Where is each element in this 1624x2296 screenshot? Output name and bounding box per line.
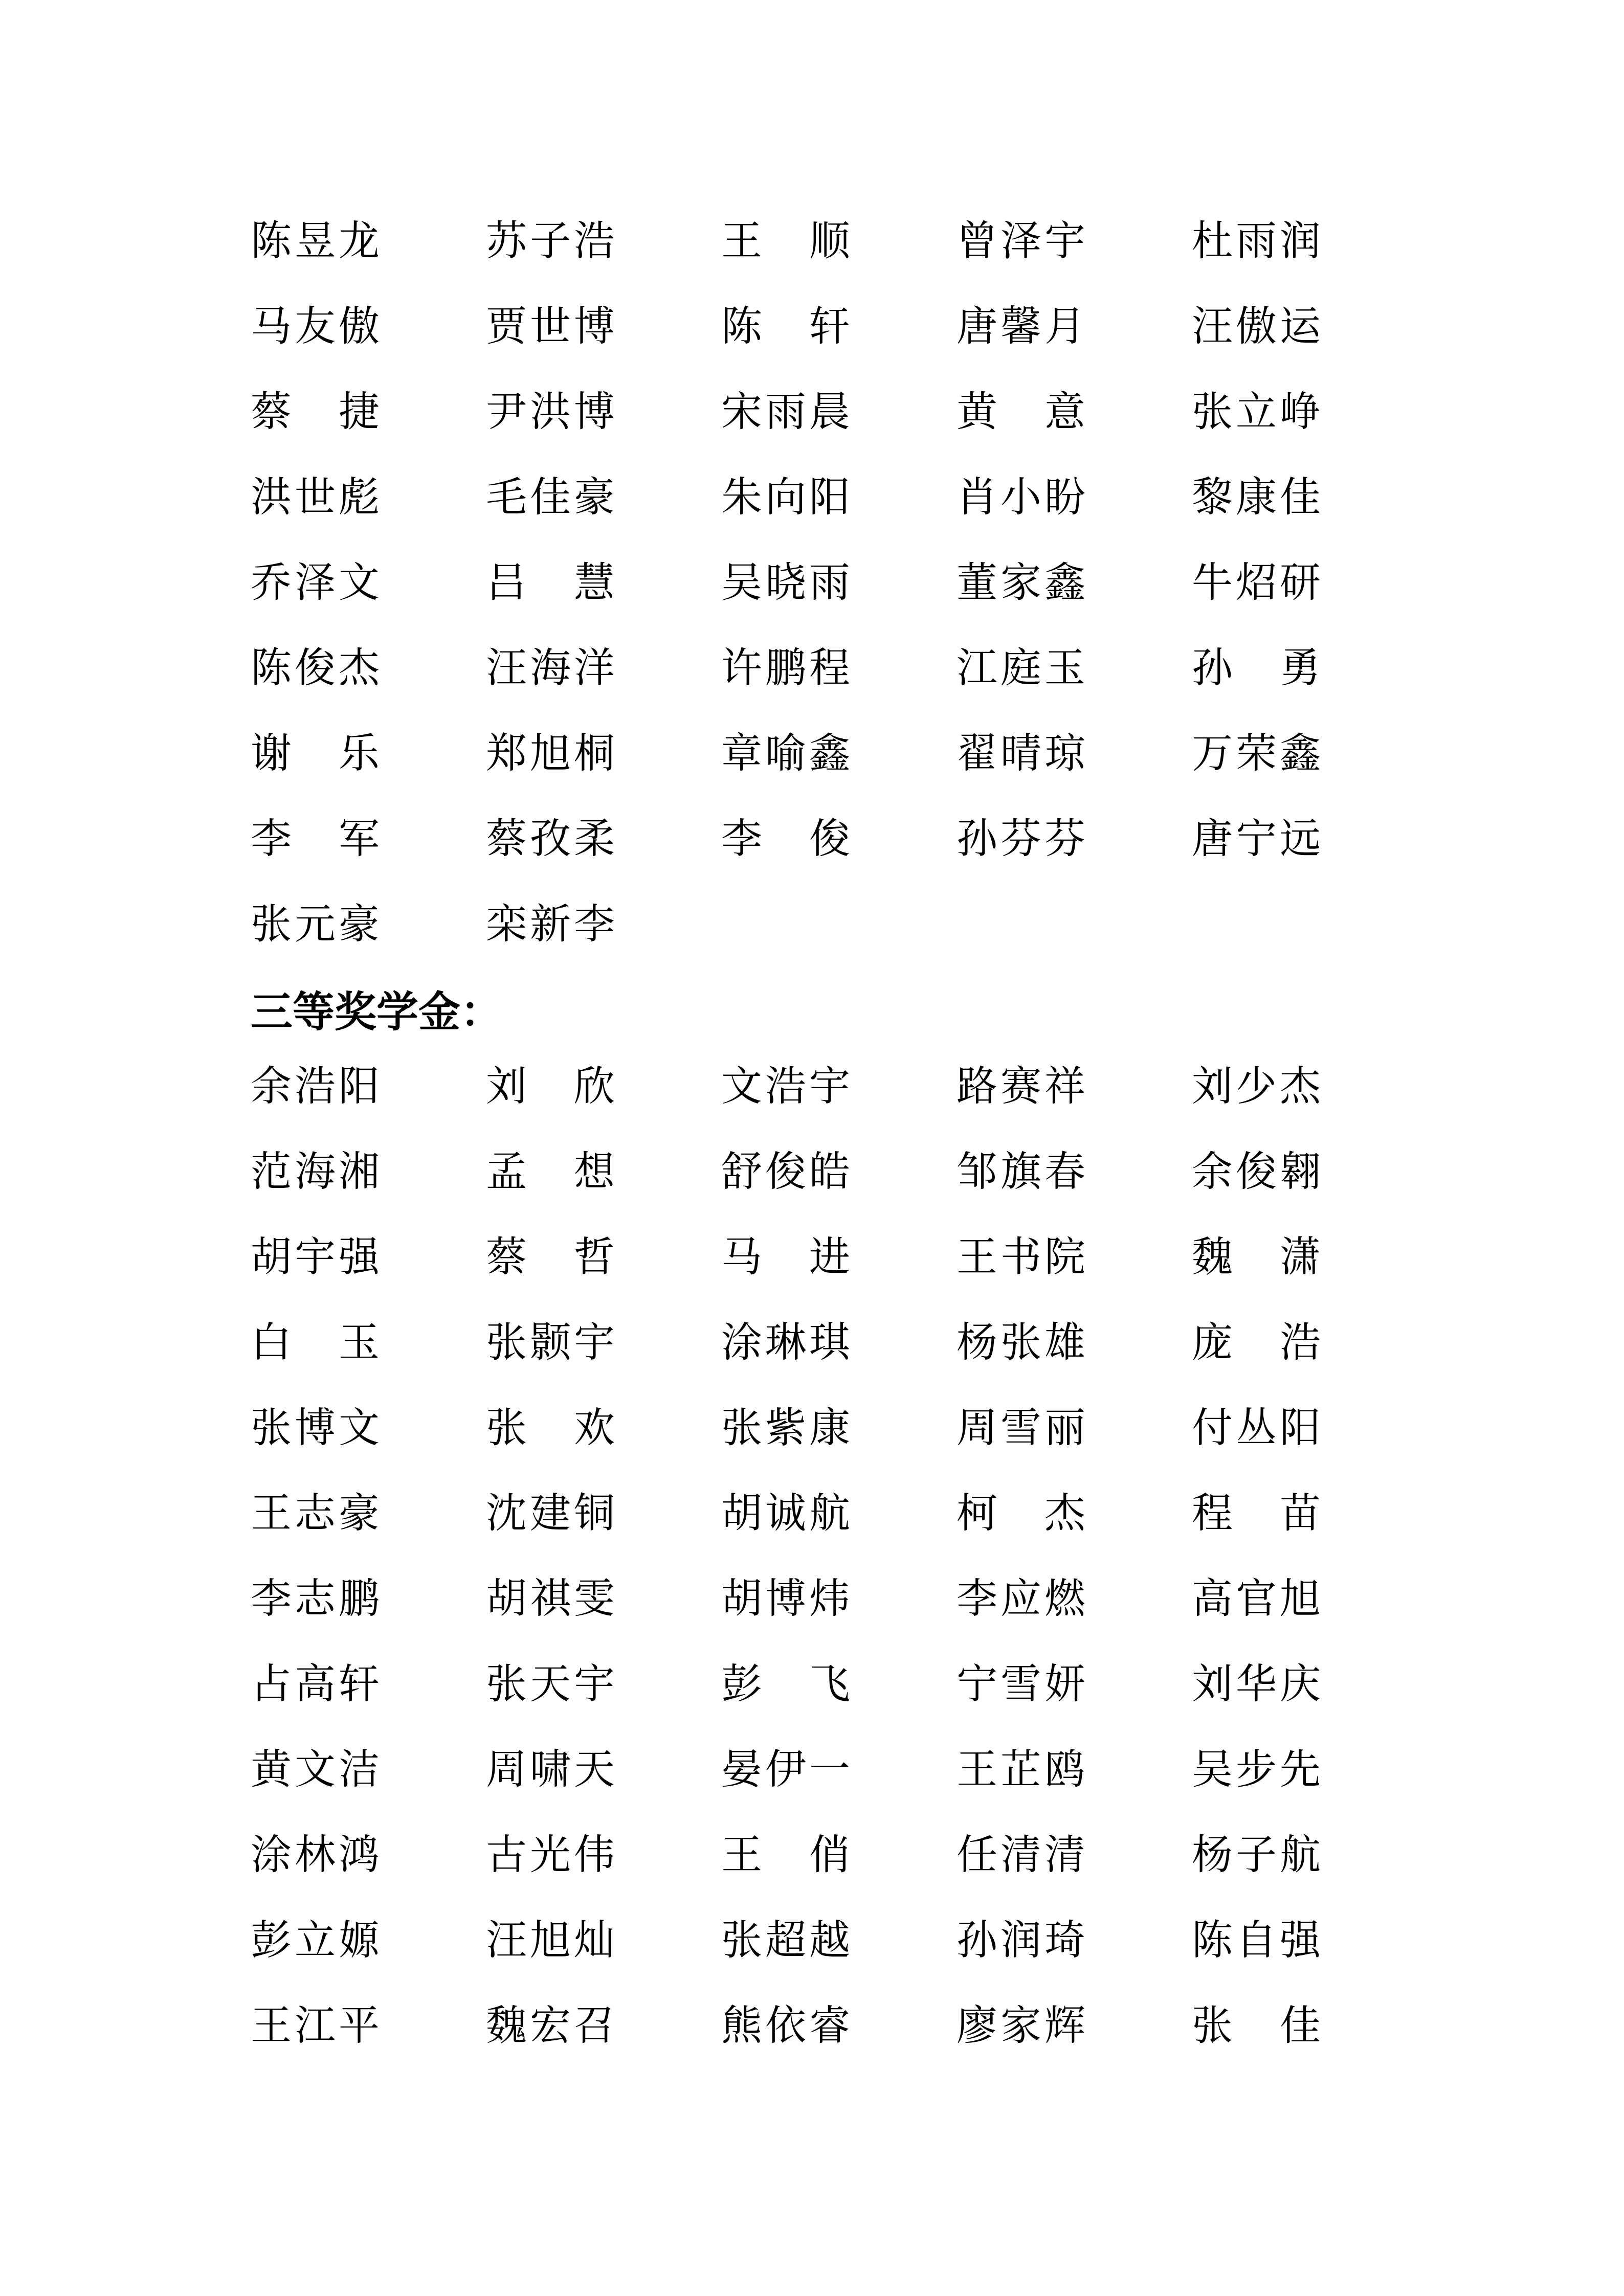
student-name: 栾新李 (486, 904, 721, 944)
student-name: 蔡 哲 (486, 1236, 721, 1277)
name-row: 蔡 捷 尹洪博 宋雨晨 黄 意 张立峥 (251, 369, 1427, 454)
student-name: 王志豪 (251, 1493, 486, 1534)
student-name: 章喻鑫 (721, 733, 956, 774)
name-row: 彭立嫄 汪旭灿 张超越 孙润琦 陈自强 (251, 1897, 1427, 1983)
student-name: 汪海洋 (486, 647, 721, 688)
student-name: 路赛祥 (956, 1066, 1192, 1107)
student-name: 汪旭灿 (486, 1920, 721, 1961)
student-name: 曾泽宇 (956, 220, 1192, 261)
student-name: 张 佳 (1192, 2005, 1427, 2046)
student-name: 万荣鑫 (1192, 733, 1427, 774)
student-name: 王 顺 (721, 220, 956, 261)
name-row: 马友傲 贾世博 陈 轩 唐馨月 汪傲运 (251, 283, 1427, 369)
student-name: 魏 潇 (1192, 1236, 1427, 1277)
student-name: 庞 浩 (1192, 1322, 1427, 1363)
student-name: 黄文洁 (251, 1749, 486, 1790)
name-row: 占高轩 张天宇 彭 飞 宁雪妍 刘华庆 (251, 1641, 1427, 1726)
student-name: 杜雨润 (1192, 220, 1427, 261)
student-name: 黎康佳 (1192, 477, 1427, 517)
student-name: 洪世彪 (251, 477, 486, 517)
student-name: 牛炤研 (1192, 562, 1427, 603)
name-row: 黄文洁 周啸天 晏伊一 王芷鸥 吴步先 (251, 1726, 1427, 1812)
student-name: 朱向阳 (721, 477, 956, 517)
student-name: 吴步先 (1192, 1749, 1427, 1790)
student-name: 蔡 捷 (251, 391, 486, 432)
name-row: 涂林鸿 古光伟 王 俏 任清清 杨子航 (251, 1812, 1427, 1897)
name-row: 陈俊杰 汪海洋 许鹏程 江庭玉 孙 勇 (251, 625, 1427, 710)
student-name: 张紫康 (721, 1407, 956, 1448)
second-prize-name-list: 陈昱龙 苏子浩 王 顺 曾泽宇 杜雨润 马友傲 贾世博 陈 轩 唐馨月 汪傲运 … (251, 198, 1427, 966)
student-name: 魏宏召 (486, 2005, 721, 2046)
student-name: 孙 勇 (1192, 647, 1427, 688)
name-row: 李 军 蔡孜柔 李 俊 孙芬芬 唐宁远 (251, 796, 1427, 881)
student-name: 江庭玉 (956, 647, 1192, 688)
student-name: 白 玉 (251, 1322, 486, 1363)
third-prize-heading: 三等奖学金： (251, 989, 502, 1036)
name-row: 王江平 魏宏召 熊依睿 廖家辉 张 佳 (251, 1983, 1427, 2068)
name-row: 洪世彪 毛佳豪 朱向阳 肖小盼 黎康佳 (251, 454, 1427, 539)
student-name: 舒俊皓 (721, 1151, 956, 1192)
student-name: 柯 杰 (956, 1493, 1192, 1534)
student-name: 宁雪妍 (956, 1663, 1192, 1704)
student-name: 陈俊杰 (251, 647, 486, 688)
student-name: 李应燃 (956, 1578, 1192, 1619)
student-name: 孙芬芬 (956, 818, 1192, 859)
student-name: 王江平 (251, 2005, 486, 2046)
name-row: 张博文 张 欢 张紫康 周雪丽 付丛阳 (251, 1385, 1427, 1470)
student-name: 谢 乐 (251, 733, 486, 774)
student-name: 余浩阳 (251, 1066, 486, 1107)
student-name: 吴晓雨 (721, 562, 956, 603)
student-name: 文浩宇 (721, 1066, 956, 1107)
student-name: 毛佳豪 (486, 477, 721, 517)
name-row: 谢 乐 郑旭桐 章喻鑫 翟晴琼 万荣鑫 (251, 710, 1427, 796)
name-row: 张元豪 栾新李 (251, 881, 1427, 966)
student-name: 许鹏程 (721, 647, 956, 688)
student-name: 张颢宇 (486, 1322, 721, 1363)
student-name: 孟 想 (486, 1151, 721, 1192)
student-name: 张 欢 (486, 1407, 721, 1448)
student-name: 杨张雄 (956, 1322, 1192, 1363)
student-name: 汪傲运 (1192, 306, 1427, 347)
student-name: 周啸天 (486, 1749, 721, 1790)
student-name: 蔡孜柔 (486, 818, 721, 859)
student-name: 王芷鸥 (956, 1749, 1192, 1790)
student-name: 沈建铜 (486, 1493, 721, 1534)
student-name: 高官旭 (1192, 1578, 1427, 1619)
student-name: 乔泽文 (251, 562, 486, 603)
student-name: 熊依睿 (721, 2005, 956, 2046)
student-name: 张博文 (251, 1407, 486, 1448)
student-name: 张立峥 (1192, 391, 1427, 432)
student-name: 彭 飞 (721, 1663, 956, 1704)
student-name: 涂琳琪 (721, 1322, 956, 1363)
student-name: 付丛阳 (1192, 1407, 1427, 1448)
name-row: 李志鹏 胡祺雯 胡博炜 李应燃 高官旭 (251, 1556, 1427, 1641)
name-row: 王志豪 沈建铜 胡诚航 柯 杰 程 苗 (251, 1470, 1427, 1556)
student-name: 彭立嫄 (251, 1920, 486, 1961)
student-name: 张天宇 (486, 1663, 721, 1704)
student-name: 胡博炜 (721, 1578, 956, 1619)
student-name: 马友傲 (251, 306, 486, 347)
third-prize-name-list: 余浩阳 刘 欣 文浩宇 路赛祥 刘少杰 范海湘 孟 想 舒俊皓 邹旗春 余俊翱 … (251, 1043, 1427, 2068)
student-name: 吕 慧 (486, 562, 721, 603)
student-name: 马 进 (721, 1236, 956, 1277)
student-name: 郑旭桐 (486, 733, 721, 774)
student-name: 晏伊一 (721, 1749, 956, 1790)
student-name: 廖家辉 (956, 2005, 1192, 2046)
student-name: 张超越 (721, 1920, 956, 1961)
student-name: 刘 欣 (486, 1066, 721, 1107)
student-name: 翟晴琼 (956, 733, 1192, 774)
student-name: 刘华庆 (1192, 1663, 1427, 1704)
name-row: 白 玉 张颢宇 涂琳琪 杨张雄 庞 浩 (251, 1299, 1427, 1385)
student-name: 孙润琦 (956, 1920, 1192, 1961)
document-page: 陈昱龙 苏子浩 王 顺 曾泽宇 杜雨润 马友傲 贾世博 陈 轩 唐馨月 汪傲运 … (0, 0, 1624, 2296)
student-name: 刘少杰 (1192, 1066, 1427, 1107)
student-name: 苏子浩 (486, 220, 721, 261)
student-name: 占高轩 (251, 1663, 486, 1704)
student-name: 范海湘 (251, 1151, 486, 1192)
name-row: 胡宇强 蔡 哲 马 进 王书院 魏 潇 (251, 1214, 1427, 1299)
student-name: 陈自强 (1192, 1920, 1427, 1961)
student-name: 余俊翱 (1192, 1151, 1427, 1192)
student-name: 肖小盼 (956, 477, 1192, 517)
student-name: 王书院 (956, 1236, 1192, 1277)
student-name: 唐馨月 (956, 306, 1192, 347)
name-row: 陈昱龙 苏子浩 王 顺 曾泽宇 杜雨润 (251, 198, 1427, 283)
student-name: 胡祺雯 (486, 1578, 721, 1619)
student-name: 李志鹏 (251, 1578, 486, 1619)
name-row: 余浩阳 刘 欣 文浩宇 路赛祥 刘少杰 (251, 1043, 1427, 1129)
student-name: 胡诚航 (721, 1493, 956, 1534)
student-name: 唐宁远 (1192, 818, 1427, 859)
student-name: 程 苗 (1192, 1493, 1427, 1534)
student-name: 任清清 (956, 1834, 1192, 1875)
student-name: 李 俊 (721, 818, 956, 859)
student-name: 尹洪博 (486, 391, 721, 432)
student-name: 李 军 (251, 818, 486, 859)
student-name: 周雪丽 (956, 1407, 1192, 1448)
student-name: 王 俏 (721, 1834, 956, 1875)
student-name: 董家鑫 (956, 562, 1192, 603)
student-name: 胡宇强 (251, 1236, 486, 1277)
student-name: 古光伟 (486, 1834, 721, 1875)
student-name: 邹旗春 (956, 1151, 1192, 1192)
student-name: 涂林鸿 (251, 1834, 486, 1875)
student-name: 张元豪 (251, 904, 486, 944)
name-row: 范海湘 孟 想 舒俊皓 邹旗春 余俊翱 (251, 1129, 1427, 1214)
student-name: 黄 意 (956, 391, 1192, 432)
student-name: 贾世博 (486, 306, 721, 347)
student-name: 陈 轩 (721, 306, 956, 347)
student-name: 杨子航 (1192, 1834, 1427, 1875)
student-name: 宋雨晨 (721, 391, 956, 432)
student-name: 陈昱龙 (251, 220, 486, 261)
name-row: 乔泽文 吕 慧 吴晓雨 董家鑫 牛炤研 (251, 539, 1427, 625)
